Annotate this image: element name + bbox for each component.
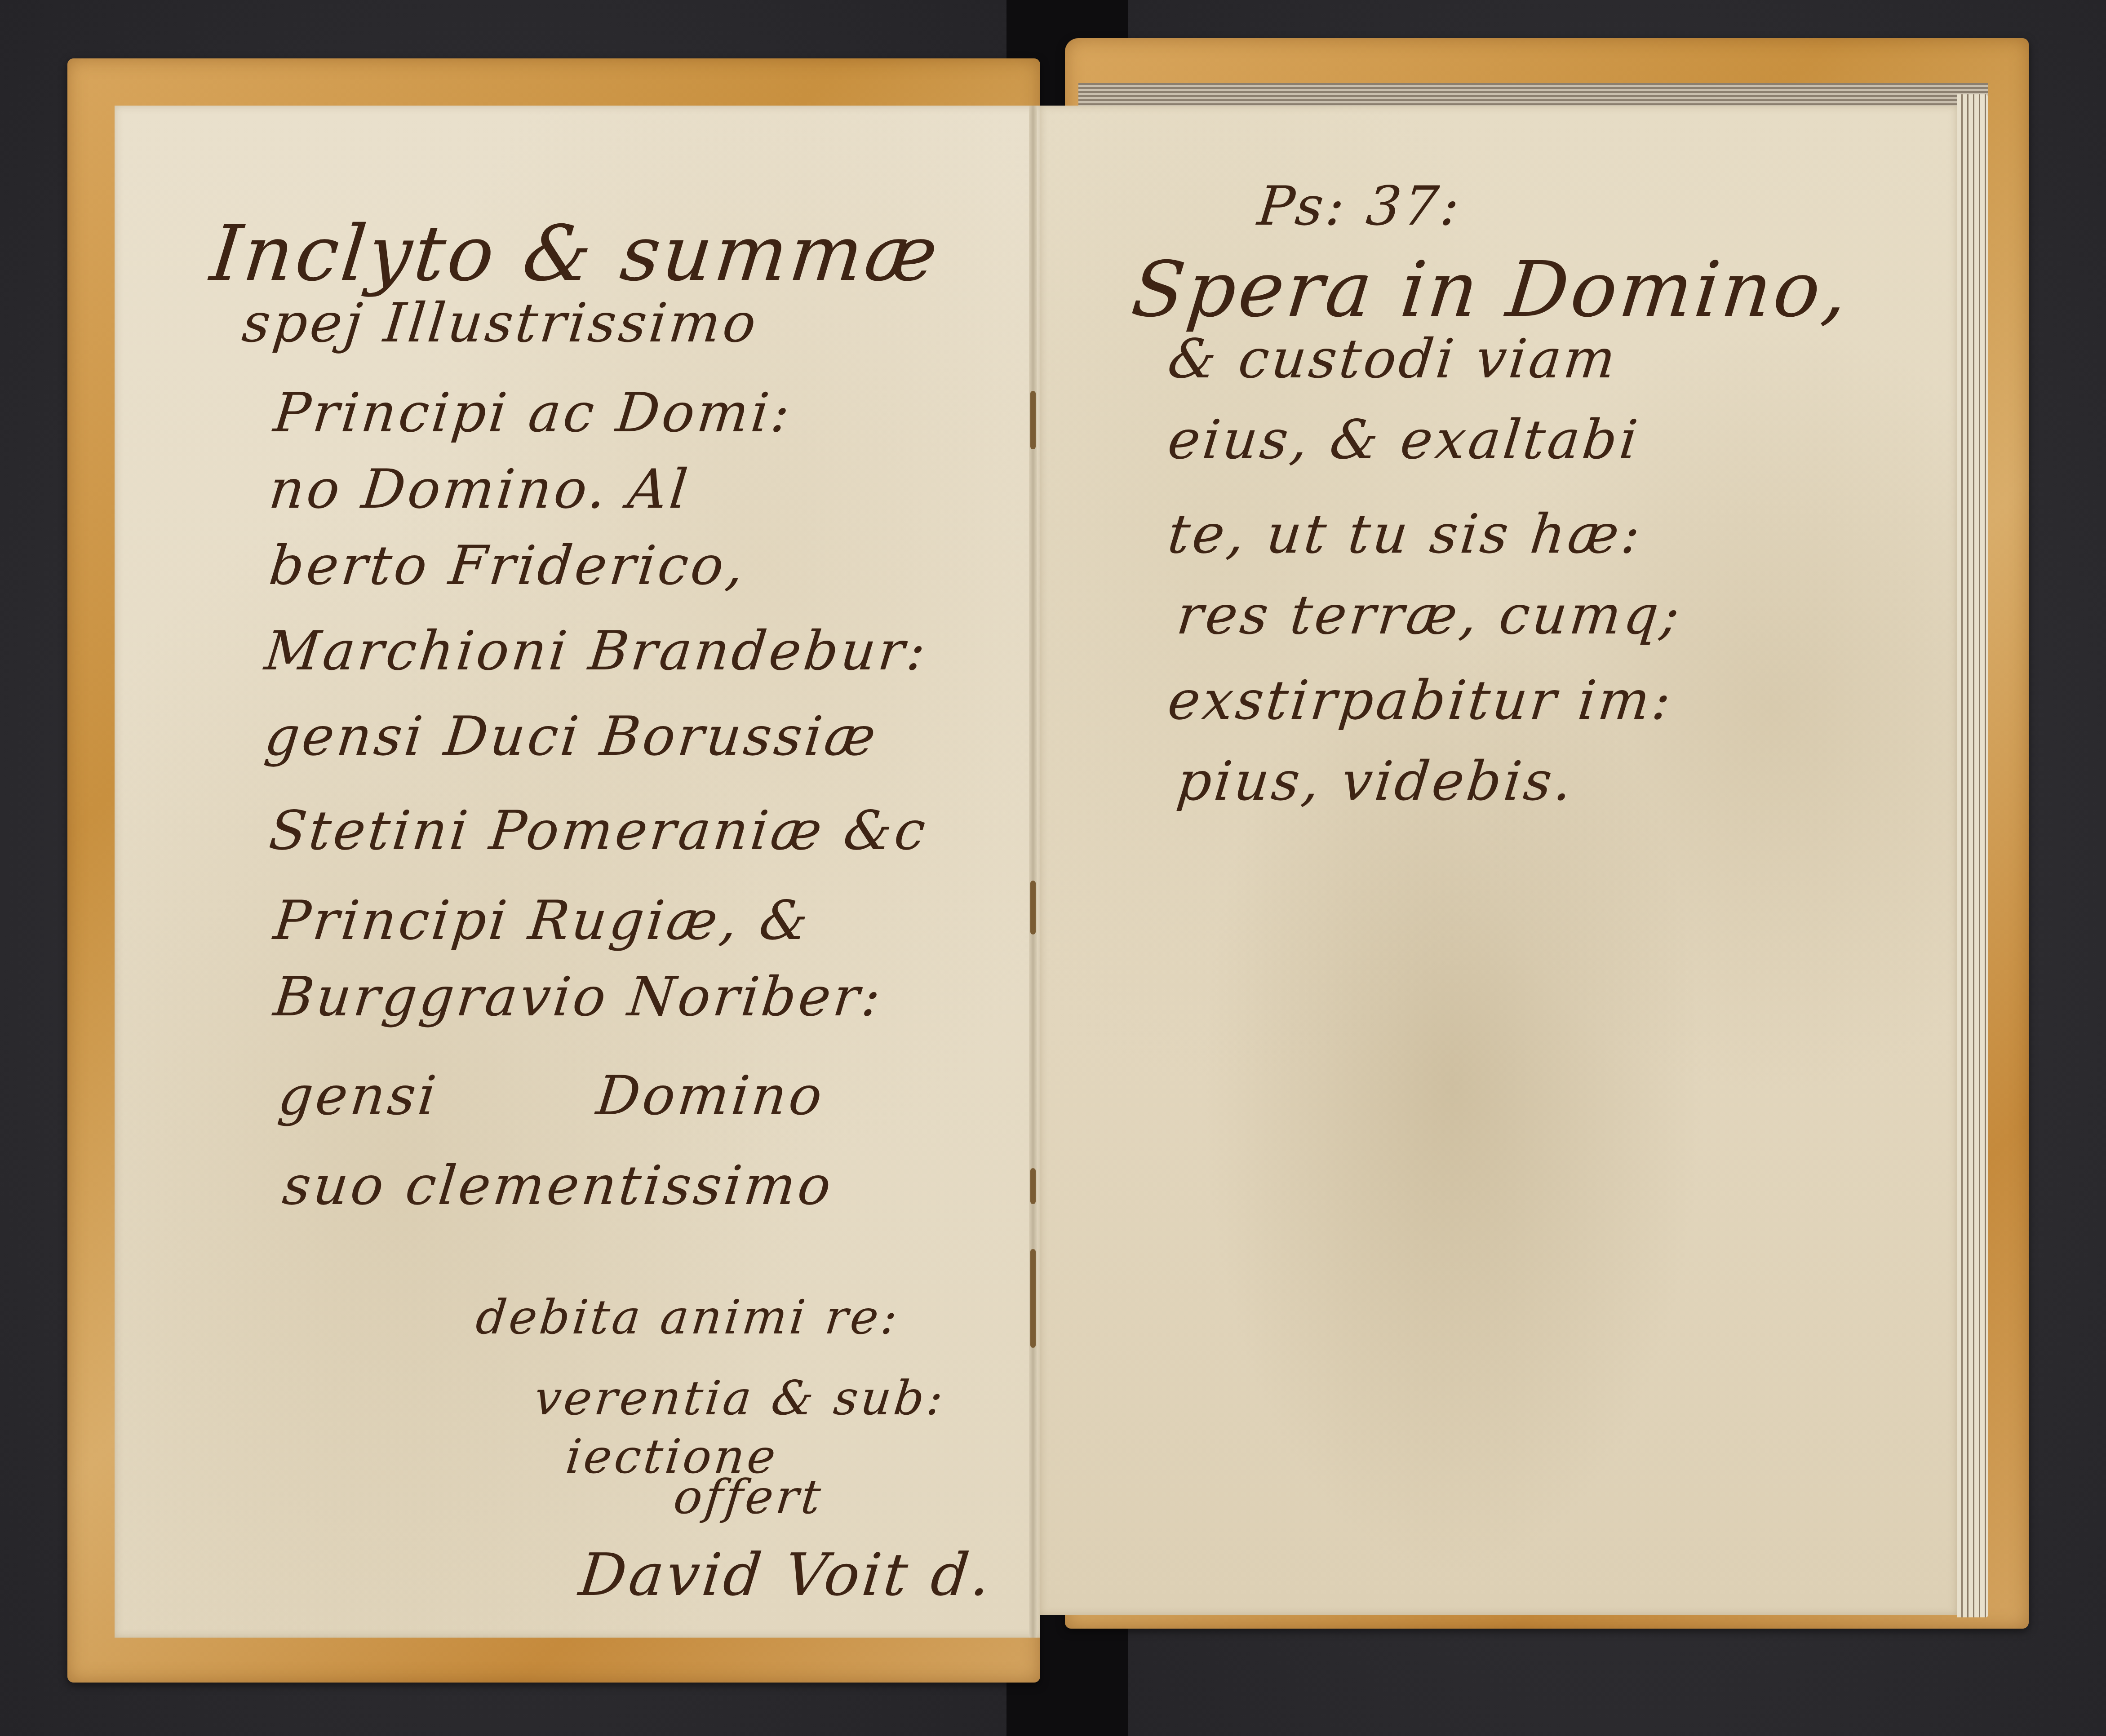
psalm-line: Spera in Domino, — [1128, 252, 1853, 328]
dedication-line: spej Illustrissimo — [240, 297, 761, 350]
binding-stitch — [1030, 1249, 1036, 1348]
psalm-line: eius, & exaltabi — [1166, 413, 1643, 467]
dedication-line: Inclyto & summæ — [207, 216, 944, 292]
dedication-line: Principi ac Domi: — [271, 386, 795, 440]
psalm-heading: Ps: 37: — [1255, 180, 1464, 234]
dedication-line: Burggravio Noriber: — [271, 970, 886, 1024]
binding-stitch — [1030, 881, 1036, 934]
psalm-line: & custodi viam — [1166, 332, 1621, 386]
spine-gutter — [1029, 106, 1037, 1638]
binding-stitch — [1030, 1168, 1036, 1204]
binding-stitch — [1030, 391, 1036, 449]
dedication-line: no Domino. Al — [267, 463, 693, 517]
dedication-line: Stetini Pomeraniæ &c — [267, 804, 931, 858]
closing-line: offert — [671, 1474, 825, 1521]
dedication-line: gensi Duci Borussiæ — [262, 710, 881, 764]
psalm-line: exstirpabitur im: — [1166, 674, 1676, 728]
page-block-top-edge — [1078, 83, 1988, 108]
dedication-line: gensi Domino — [276, 1069, 827, 1123]
closing-line: debita animi re: — [474, 1294, 902, 1341]
dedication-line: suo clementissimo — [280, 1159, 836, 1213]
dedication-line: Marchioni Brandebur: — [262, 624, 931, 678]
psalm-line: te, ut tu sis hæ: — [1166, 508, 1645, 562]
psalm-line: res terræ, cumq; — [1175, 589, 1685, 642]
closing-line: verentia & sub: — [532, 1375, 948, 1422]
dedication-line: Principi Rugiæ, & — [271, 894, 813, 948]
psalm-line: pius, videbis. — [1175, 755, 1577, 809]
dedication-line: berto Friderico, — [267, 539, 749, 593]
signature: David Voit d. — [576, 1546, 996, 1604]
page-block-fore-edge — [1957, 94, 1988, 1617]
